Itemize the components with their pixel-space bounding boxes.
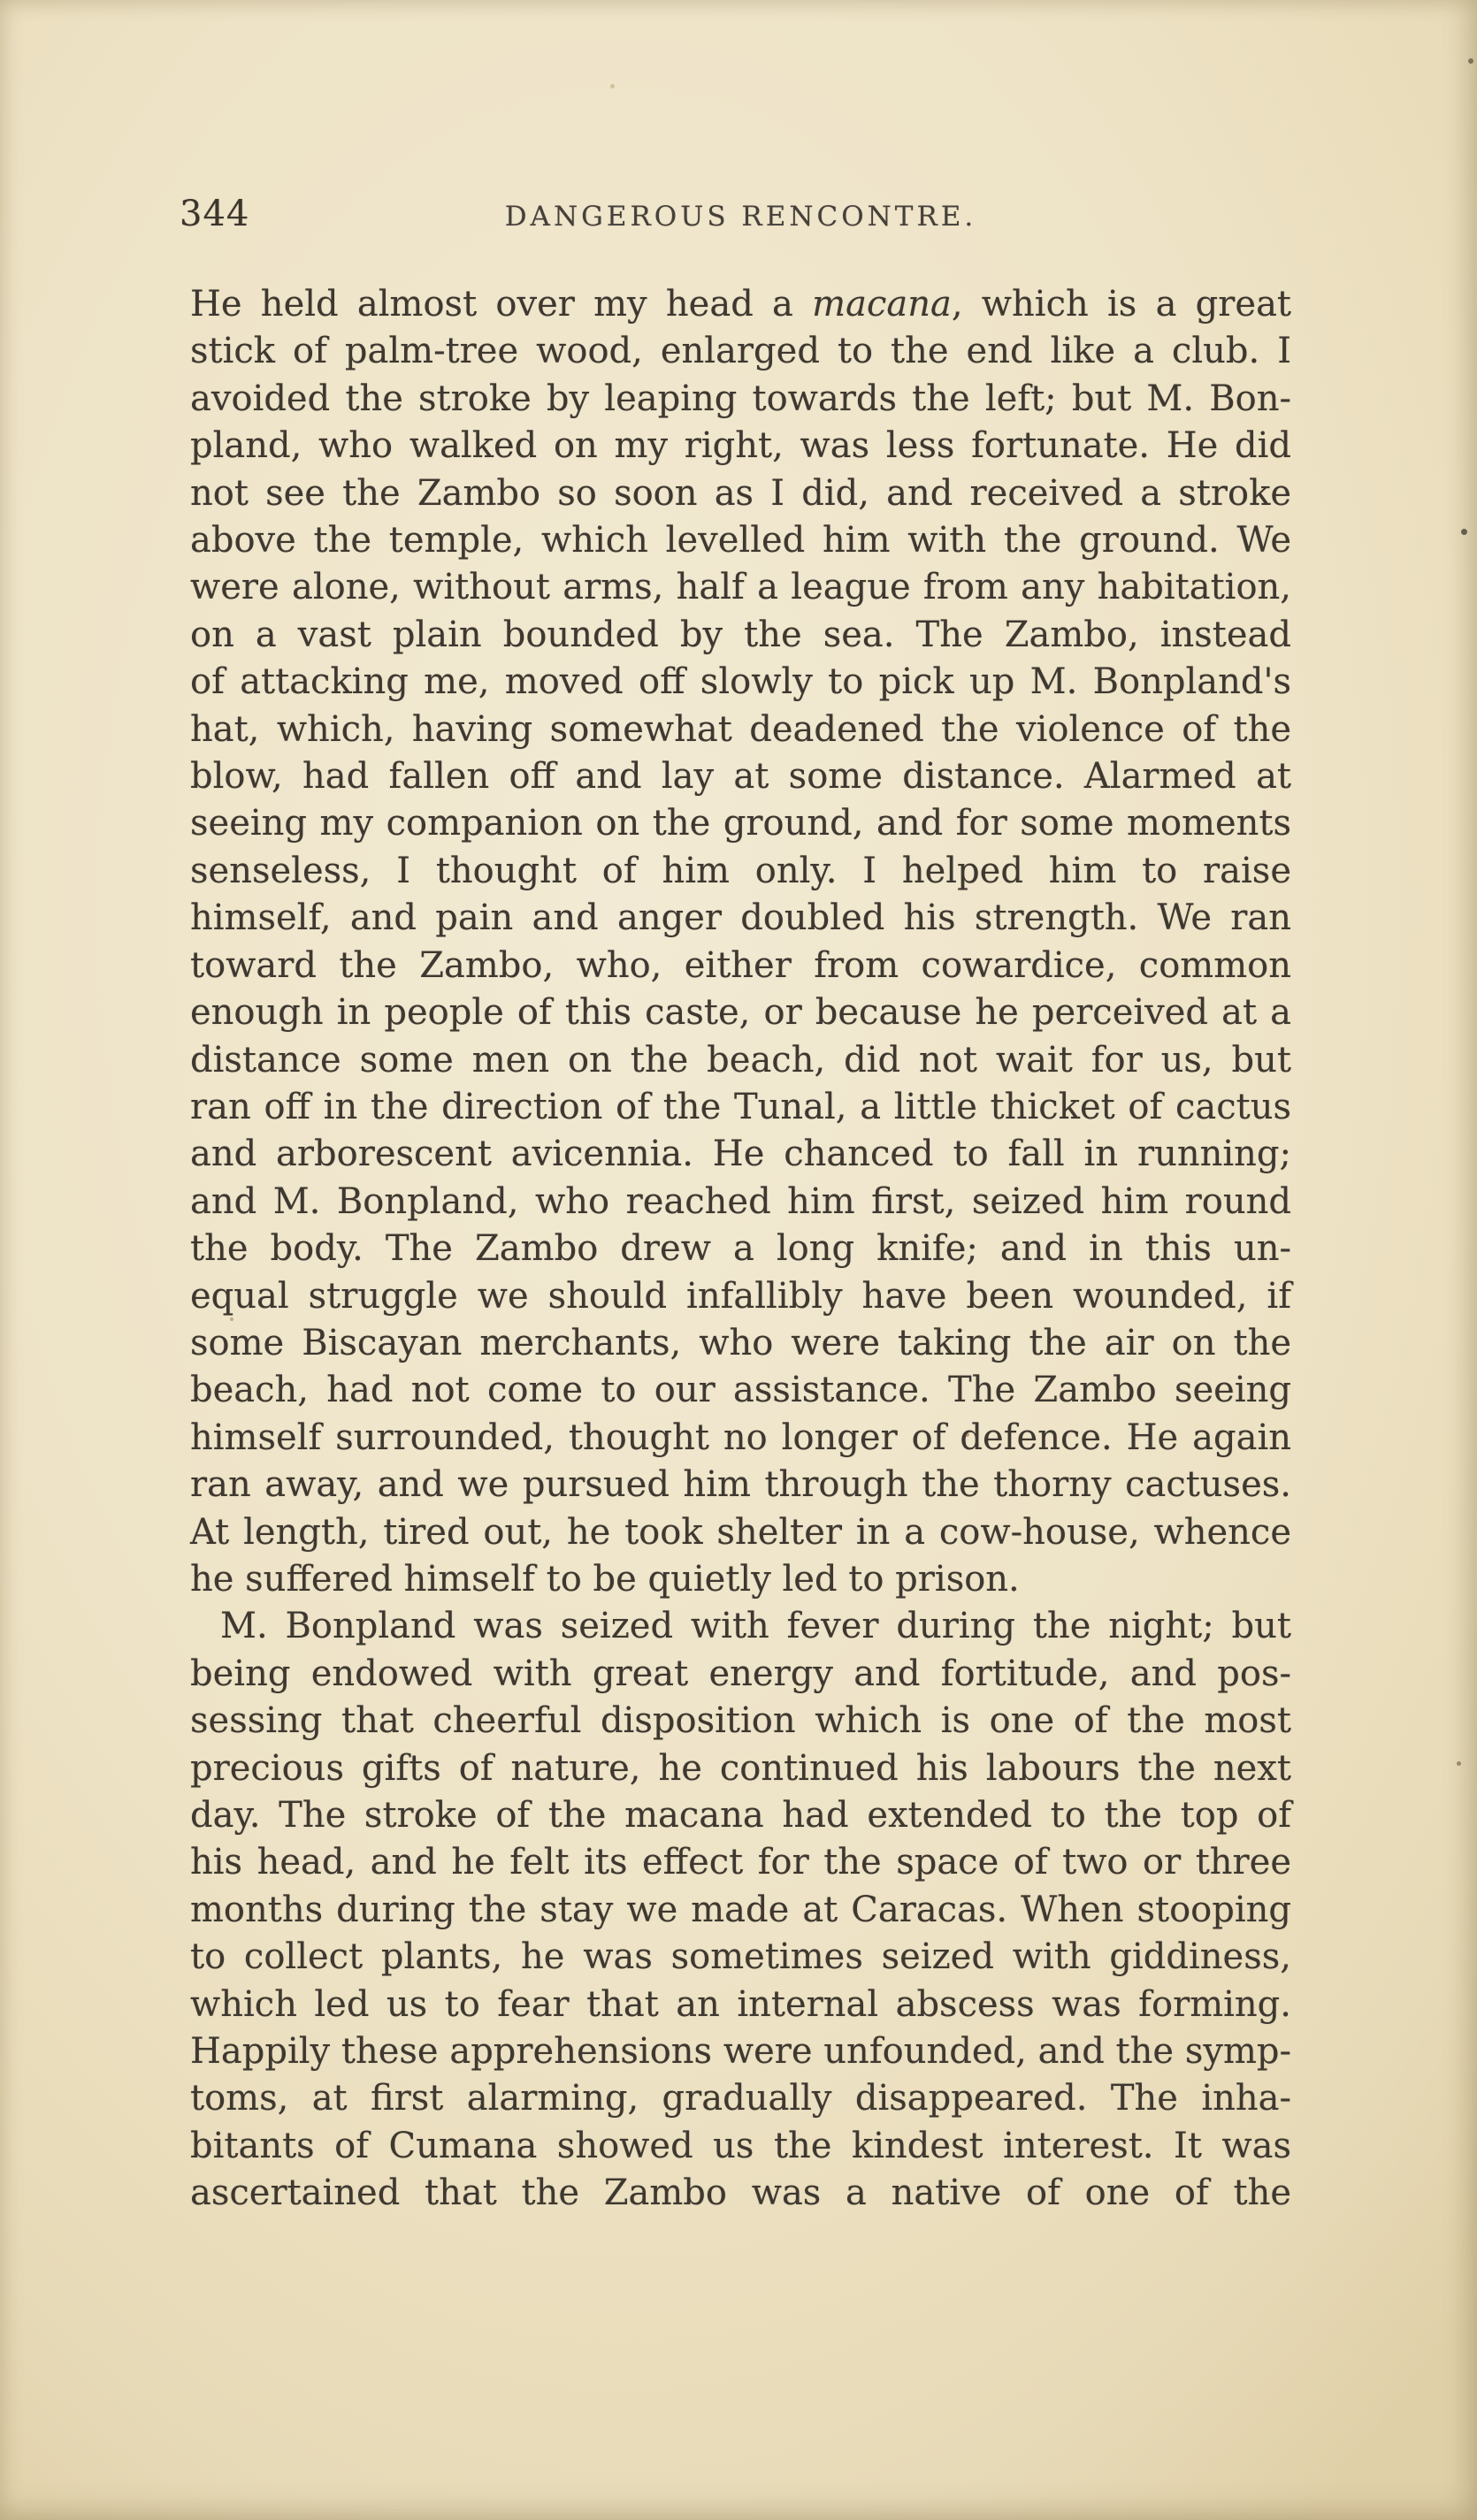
text-line: blow, had fallen off and lay at some dis… [190, 753, 1291, 800]
text-line: He held almost over my head a macana, wh… [190, 281, 1291, 328]
text-line: toward the Zambo, who, either from cowar… [190, 943, 1291, 989]
text-line: to collect plants, he was sometimes seiz… [190, 1934, 1291, 1981]
text-line: seeing my companion on the ground, and f… [190, 800, 1291, 847]
text-line: M. Bonpland was seized with fever during… [190, 1603, 1291, 1650]
text-line: on a vast plain bounded by the sea. The … [190, 612, 1291, 659]
text-line: which led us to fear that an internal ab… [190, 1982, 1291, 2028]
text-line: and M. Bonpland, who reached him first, … [190, 1179, 1291, 1226]
text-line: sessing that cheerful disposition which … [190, 1698, 1291, 1745]
text-line: of attacking me, moved off slowly to pic… [190, 659, 1291, 706]
text-line: hat, which, having somewhat deadened the… [190, 706, 1291, 753]
paper-speck [1461, 529, 1467, 535]
paper-speck [610, 84, 615, 88]
book-page: 344 DANGEROUS RENCONTRE. He held almost … [0, 0, 1477, 2520]
text-line: some Biscayan merchants, who were taking… [190, 1320, 1291, 1367]
text-line: bitants of Cumana showed us the kindest … [190, 2123, 1291, 2170]
text-line: not see the Zambo so soon as I did, and … [190, 470, 1291, 517]
body-text: He held almost over my head a macana, wh… [190, 281, 1291, 2218]
text-line: At length, tired out, he took shelter in… [190, 1509, 1291, 1556]
page-header-row: 344 DANGEROUS RENCONTRE. [190, 195, 1291, 233]
text-line: stick of palm-tree wood, enlarged to the… [190, 328, 1291, 375]
text-line: equal struggle we should infallibly have… [190, 1273, 1291, 1320]
text-line: ran off in the direction of the Tunal, a… [190, 1084, 1291, 1131]
text-line: being endowed with great energy and fort… [190, 1651, 1291, 1698]
paper-speck [1457, 1761, 1461, 1766]
text-line: the body. The Zambo drew a long knife; a… [190, 1226, 1291, 1272]
text-line: himself surrounded, thought no longer of… [190, 1415, 1291, 1462]
text-line: toms, at first alarming, gradually disap… [190, 2075, 1291, 2122]
text-line: his head, and he felt its effect for the… [190, 1839, 1291, 1886]
text-line: ran away, and we pursued him through the… [190, 1462, 1291, 1508]
text-line: day. The stroke of the macana had extend… [190, 1792, 1291, 1839]
text-line: and arborescent avicennia. He chanced to… [190, 1131, 1291, 1178]
text-line: ascertained that the Zambo was a native … [190, 2170, 1291, 2217]
text-line: pland, who walked on my right, was less … [190, 423, 1291, 470]
paragraph: M. Bonpland was seized with fever during… [190, 1603, 1291, 2217]
paper-speck [1468, 58, 1473, 64]
text-line: months during the stay we made at Caraca… [190, 1887, 1291, 1934]
text-line: precious gifts of nature, he continued h… [190, 1745, 1291, 1792]
text-line: himself, and pain and anger doubled his … [190, 895, 1291, 942]
text-line: distance some men on the beach, did not … [190, 1037, 1291, 1084]
text-line: were alone, without arms, half a league … [190, 564, 1291, 611]
text-line: Happily these apprehensions were unfound… [190, 2028, 1291, 2075]
text-line: avoided the stroke by leaping towards th… [190, 376, 1291, 423]
text-line: enough in people of this caste, or becau… [190, 989, 1291, 1036]
text-line: above the temple, which levelled him wit… [190, 517, 1291, 564]
paragraph: He held almost over my head a macana, wh… [190, 281, 1291, 1603]
text-line: beach, had not come to our assistance. T… [190, 1367, 1291, 1414]
text-line: senseless, I thought of him only. I help… [190, 848, 1291, 895]
running-header: DANGEROUS RENCONTRE. [190, 200, 1291, 233]
text-line: he suffered himself to be quietly led to… [190, 1556, 1291, 1603]
